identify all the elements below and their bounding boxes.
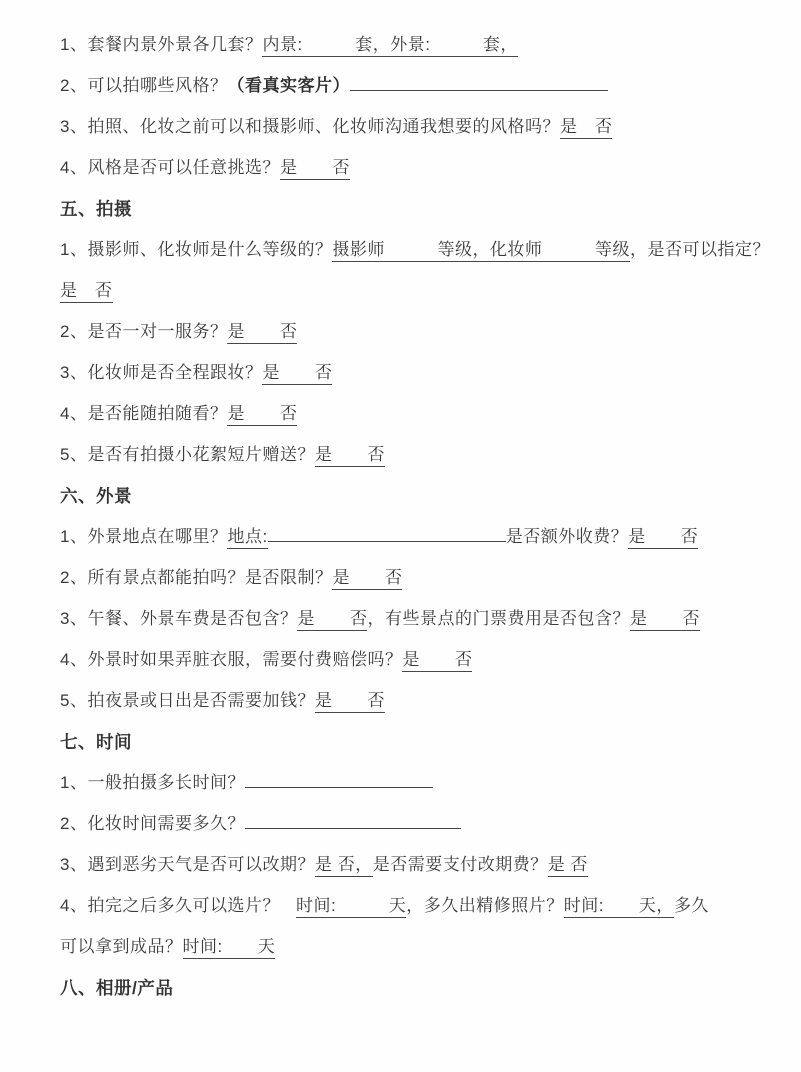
blank-field	[268, 526, 506, 542]
fill-in-underline: 是 否	[332, 568, 402, 590]
section-heading: 六、外景	[60, 485, 755, 507]
question-line: 1、外景地点在哪里？地点:是否额外收费？是 否	[60, 526, 755, 548]
question-line: 4、外景时如果弄脏衣服，需要付费赔偿吗？是 否	[60, 649, 755, 671]
fill-in-underline: 是 否	[227, 404, 297, 426]
fill-in-underline: 时间: 天	[296, 896, 406, 918]
question-line: 1、摄影师、化妆师是什么等级的？摄影师 等级，化妆师 等级，是否可以指定？	[60, 239, 755, 261]
text-segment: 1、一般拍摄多长时间？	[60, 773, 245, 792]
fill-in-underline: 时间: 天，	[564, 896, 674, 918]
section-heading: 五、拍摄	[60, 198, 755, 220]
text-segment: 4、拍完之后多久可以选片？	[60, 896, 280, 915]
text-segment: 可以拿到成品？	[60, 937, 183, 956]
question-line: 3、午餐、外景车费是否包含？是 否，有些景点的门票费用是否包含？是 否	[60, 608, 755, 630]
fill-in-underline: 是 否	[548, 855, 588, 877]
fill-in-underline: 摄影师 等级，化妆师 等级	[332, 240, 630, 262]
text-segment: 是否需要支付改期费？	[373, 855, 548, 874]
question-line: 4、是否能随拍随看？是 否	[60, 403, 755, 425]
question-line: 2、可以拍哪些风格？（看真实客片）	[60, 75, 755, 97]
fill-in-underline: 是 否	[280, 158, 350, 180]
fill-in-underline: 地点:	[227, 527, 267, 549]
fill-in-underline: 是 否	[227, 322, 297, 344]
spacer	[280, 910, 296, 911]
text-segment: 1、外景地点在哪里？	[60, 527, 227, 546]
text-segment: ，是否可以指定？	[630, 240, 770, 259]
question-line: 5、拍夜景或日出是否需要加钱？是 否	[60, 690, 755, 712]
question-line: 4、风格是否可以任意挑选？是 否	[60, 157, 755, 179]
text-segment: 2、所有景点都能拍吗？是否限制？	[60, 568, 332, 587]
document-page: 1、套餐内景外景各几套？内景: 套，外景: 套，2、可以拍哪些风格？（看真实客片…	[0, 0, 801, 1072]
text-segment: 5、是否有拍摄小花絮短片赠送？	[60, 445, 315, 464]
text-segment: 3、午餐、外景车费是否包含？	[60, 609, 297, 628]
question-line: 3、化妆师是否全程跟妆？是 否	[60, 362, 755, 384]
text-segment: ，有些景点的门票费用是否包含？	[367, 609, 630, 628]
text-segment: 3、拍照、化妆之前可以和摄影师、化妆师沟通我想要的风格吗？	[60, 117, 560, 136]
text-segment: 2、是否一对一服务？	[60, 322, 227, 341]
question-line: 3、遇到恶劣天气是否可以改期？是 否，是否需要支付改期费？是 否	[60, 854, 755, 876]
question-line: 4、拍完之后多久可以选片？时间: 天，多久出精修照片？时间: 天，多久	[60, 895, 755, 917]
fill-in-underline: 是 否	[262, 363, 332, 385]
text-segment: 5、拍夜景或日出是否需要加钱？	[60, 691, 315, 710]
fill-in-underline: 内景: 套，外景: 套，	[262, 35, 517, 57]
text-segment: 3、化妆师是否全程跟妆？	[60, 363, 262, 382]
fill-in-underline: 是 否	[630, 609, 700, 631]
blank-field	[245, 772, 433, 788]
question-line: 3、拍照、化妆之前可以和摄影师、化妆师沟通我想要的风格吗？是 否	[60, 116, 755, 138]
blank-field	[350, 75, 608, 91]
question-line: 1、套餐内景外景各几套？内景: 套，外景: 套，	[60, 34, 755, 56]
question-line: 2、化妆时间需要多久？	[60, 813, 755, 835]
text-segment: 4、外景时如果弄脏衣服，需要付费赔偿吗？	[60, 650, 402, 669]
text-segment: 2、可以拍哪些风格？	[60, 76, 227, 95]
text-segment: 4、是否能随拍随看？	[60, 404, 227, 423]
question-line: 2、是否一对一服务？是 否	[60, 321, 755, 343]
fill-in-underline: 是 否	[560, 117, 613, 139]
question-line: 5、是否有拍摄小花絮短片赠送？是 否	[60, 444, 755, 466]
text-segment: 是否额外收费？	[506, 527, 629, 546]
section-heading: 八、相册/产品	[60, 977, 755, 999]
fill-in-underline: 是 否	[297, 609, 367, 631]
text-segment: 4、风格是否可以任意挑选？	[60, 158, 280, 177]
section-heading: 七、时间	[60, 731, 755, 753]
fill-in-underline: 是 否	[315, 445, 385, 467]
bold-note: （看真实客片）	[227, 76, 350, 95]
question-line: 可以拿到成品？时间: 天	[60, 936, 755, 958]
fill-in-underline: 是 否	[315, 691, 385, 713]
fill-in-underline: 是 否	[60, 281, 113, 303]
question-line: 是 否	[60, 280, 755, 302]
text-segment: 多久	[674, 896, 709, 915]
question-line: 2、所有景点都能拍吗？是否限制？是 否	[60, 567, 755, 589]
fill-in-underline: 是 否	[402, 650, 472, 672]
fill-in-underline: 时间: 天	[183, 937, 276, 959]
fill-in-underline: 是 否	[628, 527, 698, 549]
text-segment: 1、套餐内景外景各几套？	[60, 35, 262, 54]
fill-in-underline: 是 否，	[315, 855, 373, 877]
blank-field	[245, 813, 461, 829]
text-segment: ，多久出精修照片？	[406, 896, 564, 915]
text-segment: 1、摄影师、化妆师是什么等级的？	[60, 240, 332, 259]
text-segment: 2、化妆时间需要多久？	[60, 814, 245, 833]
text-segment: 3、遇到恶劣天气是否可以改期？	[60, 855, 315, 874]
question-line: 1、一般拍摄多长时间？	[60, 772, 755, 794]
